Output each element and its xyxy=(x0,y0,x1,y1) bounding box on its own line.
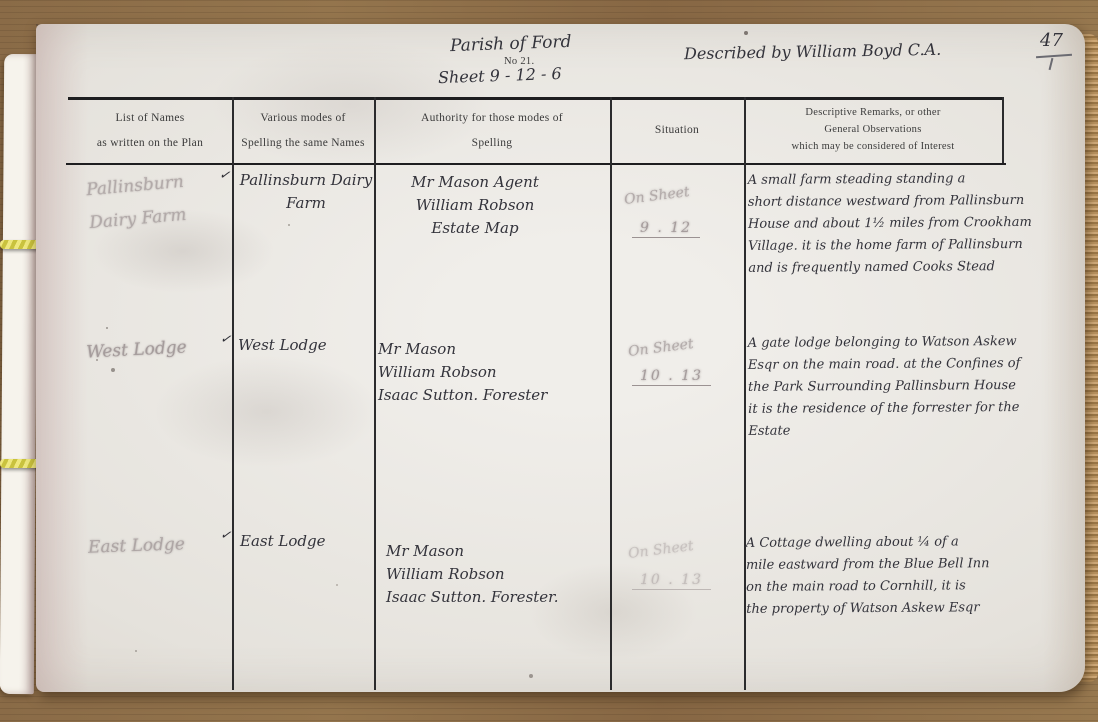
row3-spelling: East Lodge xyxy=(240,530,400,553)
column-header-situation: Situation xyxy=(610,106,744,143)
previous-page-edge xyxy=(0,54,38,694)
row1-plan-name-pencil: PallinsburnDairy Farm xyxy=(41,162,231,244)
described-by: Described by William Boyd C.A. xyxy=(684,40,942,63)
row1-situation-ref: 9 . 12 xyxy=(632,220,700,238)
row1-situation-note: On Sheet xyxy=(623,184,690,208)
row1-check-mark: ✓ xyxy=(218,167,231,183)
row2-plan-name-pencil: West Lodge xyxy=(43,329,229,372)
row2-authority: Mr MasonWilliam RobsonIsaac Sutton. Fore… xyxy=(378,338,578,407)
sheet-reference: Sheet 9 - 12 - 6 xyxy=(438,64,562,87)
row2-situation-note: On Sheet xyxy=(627,336,694,360)
column-divider-1 xyxy=(232,97,234,690)
row3-remarks: A Cottage dwelling about ¼ of amile east… xyxy=(746,531,1003,621)
row2-spelling: West Lodge xyxy=(238,334,388,357)
column-divider-3 xyxy=(610,97,612,690)
column-header-spelling: Various modes ofSpelling the same Names xyxy=(232,106,374,156)
row3-authority: Mr MasonWilliam RobsonIsaac Sutton. Fore… xyxy=(386,540,596,609)
row2-check-mark: ✓ xyxy=(219,331,232,347)
row3-check-mark: ✓ xyxy=(219,527,232,543)
row1-spelling: Pallinsburn DairyFarm xyxy=(236,169,376,215)
folio-tick-mark xyxy=(1049,58,1054,70)
row2-situation-ref: 10 . 13 xyxy=(632,368,711,386)
row3-situation-ref: 10 . 13 xyxy=(632,572,711,590)
folio-underline xyxy=(1036,54,1072,59)
paper-specks xyxy=(36,24,38,26)
folio-number: 47 xyxy=(1040,30,1063,51)
row1-authority: Mr Mason AgentWilliam RobsonEstate Map xyxy=(380,171,570,240)
name-book-page: 47 Parish of Ford No 21. Sheet 9 - 12 - … xyxy=(36,24,1085,692)
column-header-remarks: Descriptive Remarks, or otherGeneral Obs… xyxy=(744,104,1002,155)
column-header-authority: Authority for those modes ofSpelling xyxy=(374,106,610,156)
table-right-header-rule xyxy=(1002,97,1004,163)
row3-plan-name-pencil: East Lodge xyxy=(43,527,229,566)
row3-situation-note: On Sheet xyxy=(627,538,694,562)
row1-remarks: A small farm steading standing ashort di… xyxy=(748,168,1003,280)
table-top-rule xyxy=(68,97,1002,100)
parish-title: Parish of Ford xyxy=(450,32,572,56)
row2-remarks: A gate lodge belonging to Watson AskewEs… xyxy=(748,331,1003,443)
column-header-names: List of Namesas written on the Plan xyxy=(68,106,232,156)
